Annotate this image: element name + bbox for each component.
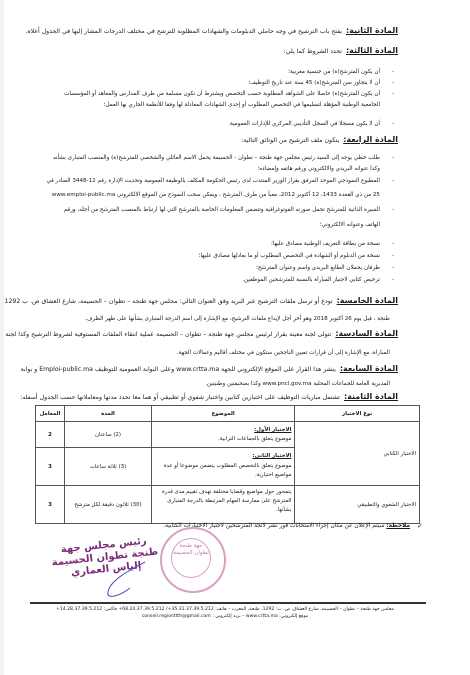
article-5-line1: تودع أو ترسل ملفات الترشيح عبر البريد وف… [5,298,333,305]
article-2: المادة الثانية: يفتح باب الترشيح في وجه … [25,27,398,36]
official-stamp: جهة طنجة تطوان الحسيمة [160,527,226,593]
header-type: نوع الاختبار [295,406,420,422]
article-3: المادة الثالثة: تحدد الشروط كما يلي: [284,47,398,56]
article-8-title: المادة الثامنة: [344,392,398,401]
table-row: الاختبار الكتابي الاختبار الأول: موضوع ي… [36,422,420,448]
cell-topic: يتمحور حول مواضيع وقضايا مختلفة تهدف تقي… [152,486,295,524]
page-edge [0,0,4,675]
cell-type: الاختبار الشفوي والتطبيقي [295,486,420,524]
table-row: الاختبار الشفوي والتطبيقي يتمحور حول موا… [36,486,420,524]
checkmark-icon: ✓ [417,522,423,530]
footer-divider [30,602,426,604]
article-8: المادة الثامنة: تشتمل مباريات التوظيف عل… [20,393,398,402]
article-4-item: -نسخة من الدبلوم أو الشهادة في التخصص ال… [199,253,380,260]
article-4-item: -السيرة الذاتية للمترشح تحمل صورته الفوت… [64,207,380,214]
article-6-title: المادة السادسة: [335,329,398,338]
article-8-text: تشتمل مباريات التوظيف على اختبارين كتابي… [20,394,340,401]
article-7: المادة السابعة: ينشر هذا القرار على المو… [21,365,398,374]
cell-duration: (3) ثلاثة ساعات [64,448,151,486]
article-3-item: -أن لا يتجاوز سن المترشح(ة) 45 سنة عند ت… [248,80,380,87]
article-4-item: -ظرفان يحملان الطابع البريدي واسم وعنوان… [256,265,380,272]
article-6: المادة السادسة: تتولى لجنة معينة بقرار ل… [5,330,398,339]
article-5-line2: طنجة ، قبل يوم 26 أكتوبر 2018 وهو آخر أج… [85,316,390,323]
article-7-line1: ينشر هذا القرار على الموقع الإلكتروني لل… [21,366,336,373]
article-4-item: -طلب خطي يوجه إلى السيد رئيس مجلس جهة طن… [53,155,380,162]
article-7-line2: المديرية العامة للجماعات المحلية www.pnc… [205,381,390,388]
cell-type: الاختبار الكتابي [295,422,420,486]
article-3-item: -أن يكون المترشح(ة) من جنسية مغربية؛ [288,69,380,76]
cell-duration: (2) ساعتان [64,422,151,448]
stamp-text: جهة طنجة تطوان الحسيمة [171,538,211,578]
article-4-item-cont: الهاتف وعنوانه الالكتروني؛ [320,222,380,229]
note-label: ملاحظة: [386,523,410,529]
cell-coef: 3 [36,486,65,524]
cell-coef: 3 [36,448,65,486]
header-duration: المدة [64,406,151,422]
document-page: المادة الثانية: يفتح باب الترشيح في وجه … [0,0,470,675]
article-3-title: المادة الثالثة: [346,46,398,55]
article-3-item: -أن يكون المترشح(ة) حاصلا على الشواهد ال… [64,91,380,98]
article-4-item: -المطبوع النموذجي الموحد المرفق بقرار ال… [46,178,380,185]
handwritten-signature-icon [100,560,150,600]
article-3-item: -أن لا يكون مسجلا في السجل التأديبي المر… [228,121,380,128]
footer-address: مجلس جهة طنجة – تطوان – الحسيمة، شارع ال… [45,607,405,613]
header-topic: الموضوع [152,406,295,422]
article-5: المادة الخامسة: تودع أو ترسل ملفات الترش… [5,297,398,306]
article-4-item-cont: وكذا عنوانه البريدي والالكتروني ورقم هات… [258,166,380,173]
footer-contact: موقع إلكتروني: www.crtta.ma – بريد إلكتر… [45,614,405,620]
header-coef: المعامل [36,406,65,422]
article-4-text: يتكون ملف الترشيح من الوثائق التالية: [241,137,339,144]
article-7-title: المادة السابعة: [340,364,398,373]
article-6-line2: المباراة، مع الإشارة إلى أن قرارات تعيين… [177,350,390,357]
article-3-item-cont: الجامعية الوطنية المؤهلة لتسليمها في الت… [104,102,380,109]
article-3-text: تحدد الشروط كما يلي: [284,48,342,55]
table-header-row: نوع الاختبار الموضوع المدة المعامل [36,406,420,422]
article-4-item: -نسخة من بطاقة التعريف الوطنية مصادق علي… [271,241,380,248]
article-4-title: المادة الرابعة: [343,135,398,144]
article-5-title: المادة الخامسة: [337,296,398,305]
article-2-text: يفتح باب الترشيح في وجه حاملي الدبلومات … [25,28,342,35]
cell-duration: (30) ثلاثون دقيقة لكل مترشح [64,486,151,524]
article-4: المادة الرابعة: يتكون ملف الترشيح من الو… [241,136,398,145]
cell-topic: الاختبار الثاني: موضوع يتعلق بالتخصص الم… [152,448,295,486]
article-4-item: -ترخيص كتابي لاجتياز المباراة بالنسبة لل… [242,277,380,284]
article-2-title: المادة الثانية: [346,26,398,35]
article-4-item-cont: 25 من ذي القعدة 1433، 12 أكتوبر 2012، مع… [52,192,380,199]
cell-coef: 2 [36,422,65,448]
exams-table: نوع الاختبار الموضوع المدة المعامل الاخت… [35,405,420,524]
cell-topic: الاختبار الأول: موضوع يتعلق بالجماعات ال… [152,422,295,448]
article-6-line1: تتولى لجنة معينة بقرار لرئيس مجلس جهة طن… [5,331,331,338]
